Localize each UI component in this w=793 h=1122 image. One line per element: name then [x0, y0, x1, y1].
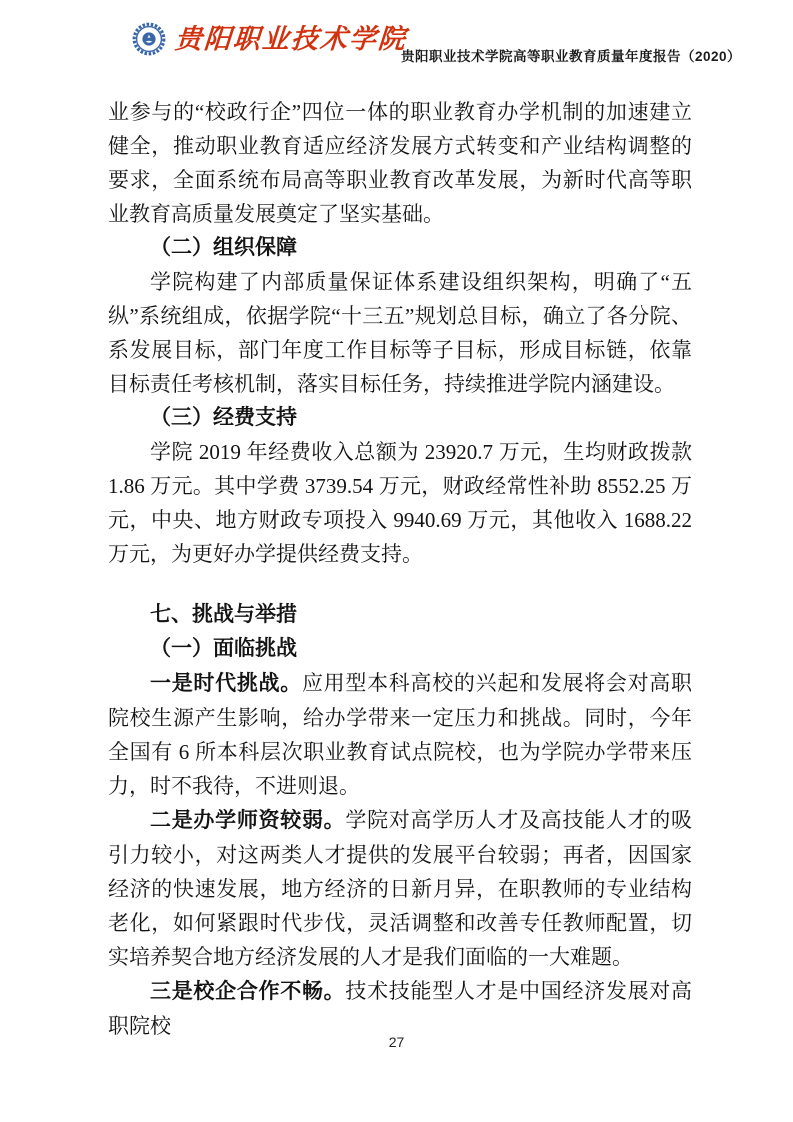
- paragraph-organizational-support: 学院构建了内部质量保证体系建设组织架构，明确了“五纵”系统组成，依据学院“十三五…: [108, 265, 692, 401]
- college-emblem-icon: [132, 22, 166, 56]
- page-footer: 27: [0, 1034, 793, 1050]
- paragraph-challenge-1: 一是时代挑战。应用型本科高校的兴起和发展将会对高职院校生源产生影响，给办学带来一…: [108, 666, 692, 803]
- heading-funding-support: （三）经费支持: [108, 401, 692, 435]
- heading-organizational-support: （二）组织保障: [108, 231, 692, 265]
- paragraph-challenge-2: 二是办学师资较弱。学院对高学历人才及高技能人才的吸引力较小，对这两类人才提供的发…: [108, 803, 692, 974]
- paragraph-challenge-3: 三是校企合作不畅。技术技能型人才是中国经济发展对高职院校: [108, 974, 692, 1043]
- document-page: 贵阳职业技术学院 贵阳职业技术学院高等职业教育质量年度报告（2020） 业参与的…: [0, 0, 793, 1122]
- challenge-1-lead: 一是时代挑战。: [150, 672, 302, 695]
- college-logo: 贵阳职业技术学院: [132, 22, 407, 56]
- page-number: 27: [389, 1034, 405, 1050]
- header-report-title: 贵阳职业技术学院高等职业教育质量年度报告（2020）: [401, 45, 741, 65]
- section-spacer: [108, 571, 692, 598]
- page-header: 贵阳职业技术学院 贵阳职业技术学院高等职业教育质量年度报告（2020）: [0, 0, 793, 80]
- page-body: 业参与的“校政行企”四位一体的职业教育办学机制的加速建立健全，推动职业教育适应经…: [108, 95, 692, 1043]
- paragraph-intro-continuation: 业参与的“校政行企”四位一体的职业教育办学机制的加速建立健全，推动职业教育适应经…: [108, 95, 692, 231]
- challenge-2-lead: 二是办学师资较弱。: [150, 809, 345, 832]
- heading-chapter-seven: 七、挑战与举措: [108, 598, 692, 632]
- paragraph-funding-support: 学院 2019 年经费收入总额为 23920.7 万元，生均财政拨款 1.86 …: [108, 435, 692, 571]
- college-name-logotype: 贵阳职业技术学院: [174, 22, 408, 56]
- heading-facing-challenges: （一）面临挑战: [108, 632, 692, 666]
- challenge-3-lead: 三是校企合作不畅。: [150, 980, 345, 1003]
- challenge-2-text: 学院对高学历人才及高技能人才的吸引力较小，对这两类人才提供的发展平台较弱；再者，…: [108, 808, 692, 969]
